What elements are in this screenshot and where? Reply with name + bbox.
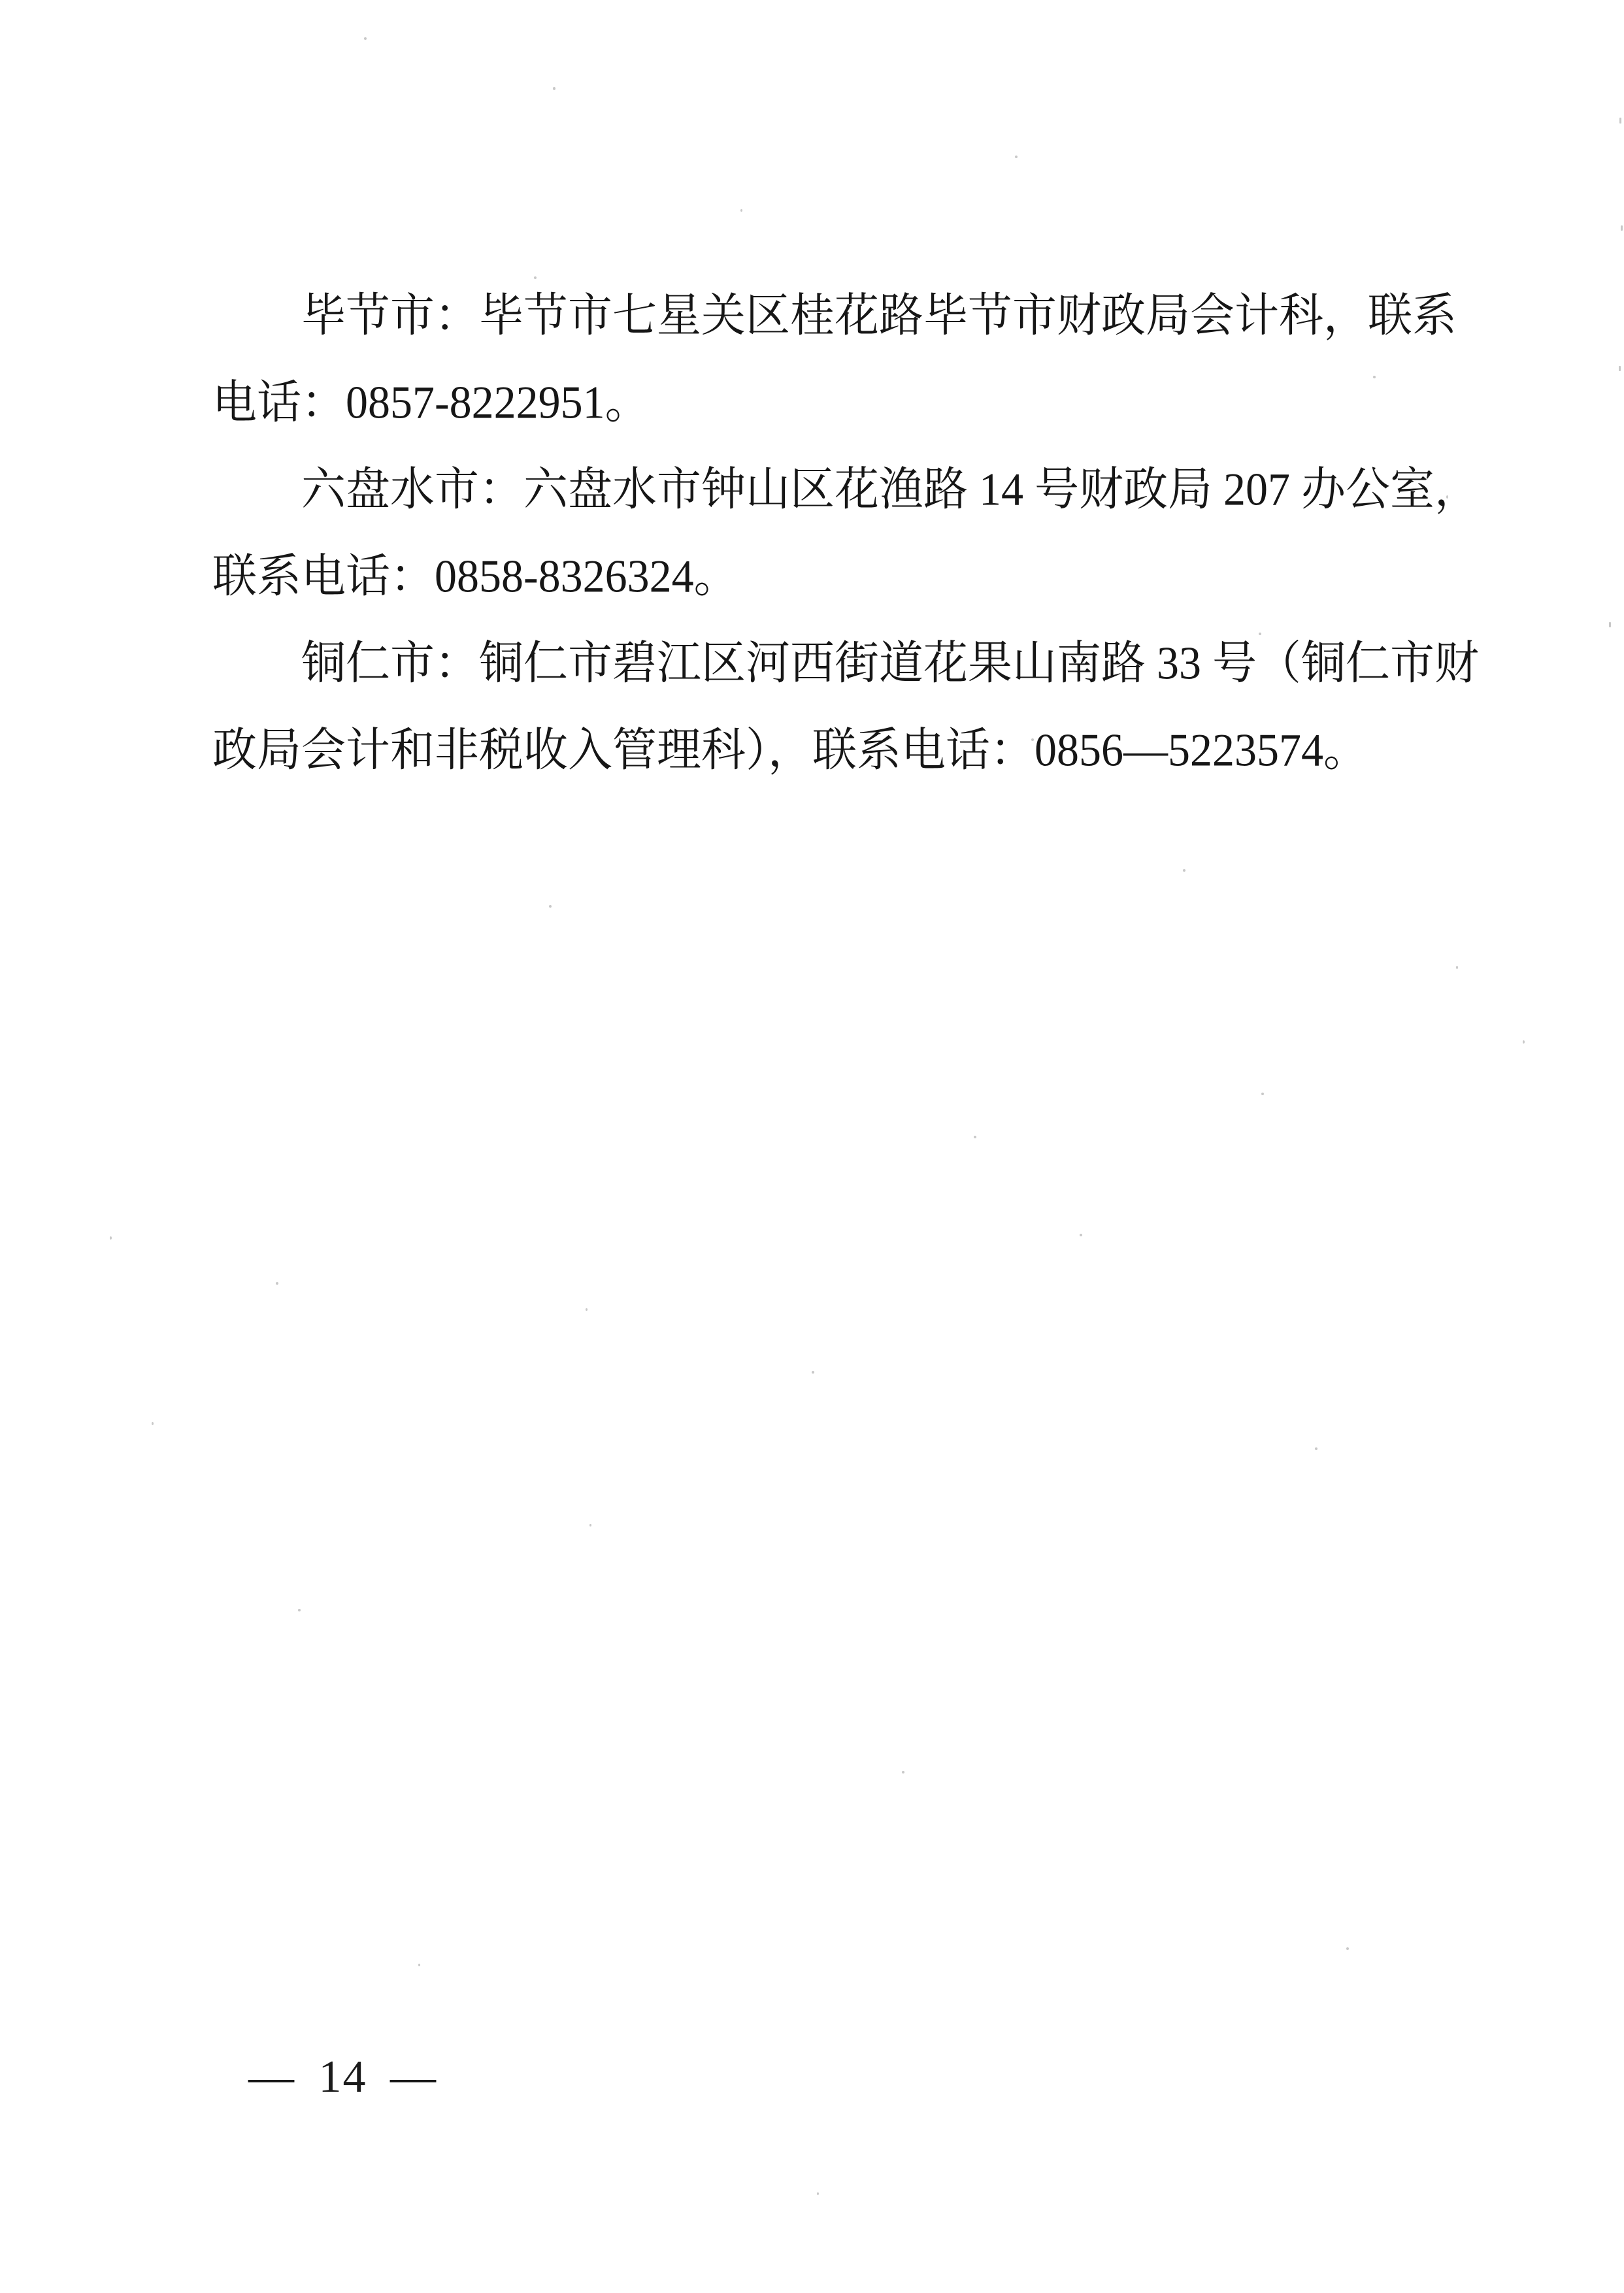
scan-speck	[276, 1282, 278, 1285]
paragraph-3-line-2: 政局会计和非税收入管理科），联系电话：0856—5223574。	[212, 705, 1420, 795]
scan-speck	[364, 37, 367, 40]
paragraph-1-line-2: 电话：0857-8222951。	[212, 357, 1420, 448]
scan-speck	[534, 276, 537, 279]
document-body: 毕节市：毕节市七星关区桂花路毕节市财政局会计科，联系 电话：0857-82229…	[212, 271, 1420, 792]
scan-speck	[1619, 118, 1621, 124]
scan-speck	[298, 1609, 301, 1611]
document-page: 毕节市：毕节市七星关区桂花路毕节市财政局会计科，联系 电话：0857-82229…	[0, 0, 1624, 2293]
scan-speck	[902, 1771, 904, 1773]
scan-speck	[1523, 1040, 1525, 1044]
scan-speck	[1346, 1947, 1349, 1950]
scan-speck	[1015, 156, 1018, 158]
scan-speck	[1183, 869, 1185, 872]
scan-speck	[1609, 622, 1611, 627]
scan-speck	[549, 905, 552, 908]
scan-speck	[152, 1422, 154, 1425]
scan-speck	[586, 1308, 588, 1311]
paragraph-2-line-1: 六盘水市：六盘水市钟山区花渔路 14 号财政局 207 办公室，	[212, 444, 1420, 535]
scan-speck	[589, 1524, 591, 1526]
scan-speck	[1031, 738, 1034, 741]
scan-speck	[1315, 1447, 1317, 1450]
scan-speck	[812, 1371, 814, 1374]
scan-speck	[1621, 225, 1623, 231]
scan-speck	[1446, 495, 1448, 499]
page-number: — 14 —	[248, 2052, 437, 2102]
scan-speck	[974, 1136, 976, 1138]
scan-speck	[418, 1964, 420, 1966]
scan-speck	[1373, 376, 1376, 378]
scan-speck	[817, 2192, 819, 2195]
scan-speck	[110, 1236, 112, 1240]
scan-speck	[1456, 966, 1458, 969]
scan-speck	[1261, 1093, 1264, 1095]
scan-speck	[1080, 1234, 1082, 1236]
scan-speck	[553, 87, 555, 90]
scan-speck	[1619, 366, 1621, 371]
paragraph-3-line-1: 铜仁市：铜仁市碧江区河西街道花果山南路 33 号（铜仁市财	[212, 618, 1420, 708]
page-footer: — 14 —	[248, 2053, 437, 2102]
scan-speck	[1259, 633, 1261, 635]
scan-speck	[740, 209, 742, 212]
paragraph-2-line-2: 联系电话：0858-8326324。	[212, 531, 1420, 621]
paragraph-1-line-1: 毕节市：毕节市七星关区桂花路毕节市财政局会计科，联系	[212, 271, 1420, 361]
